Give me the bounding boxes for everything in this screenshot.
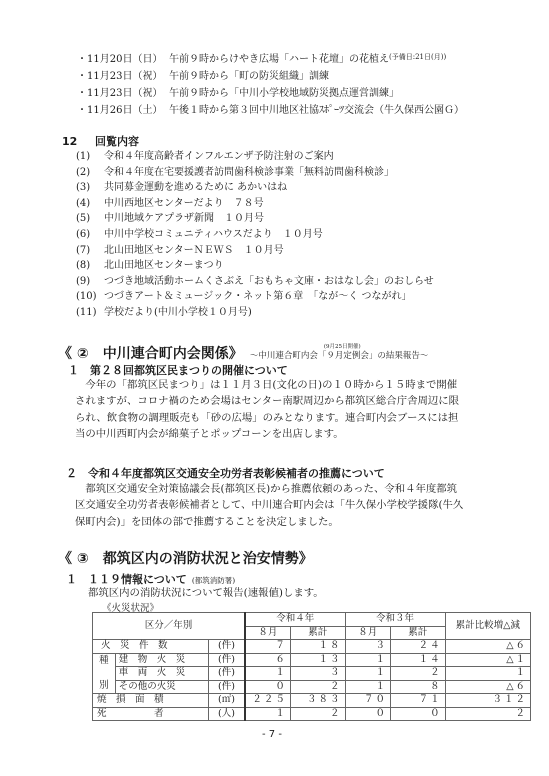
- table-row: 焼 損 面 積 (㎡) ２２５ ３８３ ７０ ７１ ３１２: [93, 694, 531, 708]
- schedule-text: 午前９時からけやき広場「ハート花壇」の花植え: [169, 50, 389, 67]
- schedule-note: (予備日:21日(月)): [389, 50, 446, 67]
- header-r4-month: ８月: [245, 626, 291, 640]
- list-item: (1)令和４年度高齢者インフルエンザ予防注射のご案内: [76, 149, 434, 165]
- list-item-num: (1): [76, 149, 104, 165]
- header-r3-month: ８月: [345, 626, 391, 640]
- section2-item1-body: 今年の「都筑区民まつり」は１１月３日(文化の日)の１０時から１５時まで開催 され…: [75, 377, 535, 443]
- cell-r3-aug: １: [345, 667, 391, 681]
- section2-title: 《 ② 中川連合町内会関係》: [58, 346, 243, 362]
- cell-r3-aug: ０: [345, 707, 391, 721]
- list-item-num: (7): [76, 243, 104, 259]
- cell-diff: △６: [445, 680, 530, 694]
- header-diff: 累計比較増△減: [445, 613, 530, 640]
- cell-diff: △６: [445, 640, 530, 654]
- section3-title: 《 ③ 都筑区内の消防状況と治安情勢》: [58, 548, 313, 568]
- cell-r3-aug: ７０: [345, 694, 391, 708]
- row-label: 焼 損 面 積: [93, 694, 209, 708]
- schedule-item: ・11月23日（祝） 午前９時から「中川小学校地域防災拠点運営訓練」: [77, 84, 464, 101]
- table-row: 死 者 (人) １ ２ ０ ０ ２: [93, 707, 531, 721]
- section3-item1-text: 都筑区内の消防状況について報告(速報値)します。: [88, 584, 324, 599]
- list-item-text: 中川地域ケアプラザ新聞 １０月号: [104, 211, 264, 227]
- cell-r3-aug: １: [345, 680, 391, 694]
- list-item-num: (11): [76, 305, 104, 321]
- header-year-r3: 令和３年: [345, 613, 445, 627]
- list-item-num: (10): [76, 289, 104, 305]
- subtitle-post: の結果報告～: [377, 351, 428, 361]
- cell-r3-cum: １４: [391, 653, 446, 667]
- list-item-text: 中川中学校コミュニティハウスだより １０月号: [104, 227, 323, 243]
- table-row: 車 両 火 災 (件) １ ３ １ ２ １: [93, 667, 531, 681]
- list-item-text: つづき地域活動ホームくさぶえ「おもちゃ文庫・おはなし会」のおしらせ: [104, 274, 434, 290]
- page-number: - 7 -: [262, 729, 282, 740]
- paragraph-line: 今年の「都筑区民まつり」は１１月３日(文化の日)の１０時から１５時まで開催: [75, 377, 535, 393]
- schedule-date: ・11月23日（祝）: [77, 84, 169, 101]
- cell-r4-aug: ６: [245, 653, 291, 667]
- paragraph-line: されますが、コロナ禍のため会場はセンター南駅周辺から都筑区総合庁舎周辺に限: [75, 393, 535, 409]
- cell-r4-cum: ３: [290, 667, 345, 681]
- cell-diff: △１: [445, 653, 530, 667]
- table-row: 火 災 件 数 (件) ７ １８ ３ ２４ △６: [93, 640, 531, 654]
- subtitle-ruby: (9月25日開催): [324, 342, 361, 350]
- cell-r4-aug: ７: [245, 640, 291, 654]
- row-label: 火 災 件 数: [93, 640, 209, 654]
- schedule-item: ・11月26日（土） 午後１時から第３回中川地区社協ｽﾎﾟｰﾂ交流会（牛久保西公…: [77, 101, 464, 118]
- cell-r3-cum: ８: [391, 680, 446, 694]
- row-unit: (件): [209, 667, 245, 681]
- schedule-list: ・11月20日（日） 午前９時からけやき広場「ハート花壇」の花植え (予備日:2…: [77, 50, 464, 118]
- header-year-r4: 令和４年: [245, 613, 345, 627]
- header-r4-cumulative: 累計: [290, 626, 345, 640]
- list-item-text: 令和４年度在宅要援護者訪問歯科検診事業「無料訪問歯科検診」: [104, 165, 394, 181]
- list-item-num: (6): [76, 227, 104, 243]
- section2-item1-heading: １ 第２８回都筑区民まつりの開催について: [68, 362, 288, 378]
- list-item-text: つづきアート＆ミュージック・ネット第６章 「なが～く つながれ」: [104, 289, 411, 305]
- circulation-heading-text: 回覧内容: [95, 135, 139, 148]
- schedule-item: ・11月23日（祝） 午前９時から「町の防災組織」訓練: [77, 67, 464, 84]
- list-item-num: (8): [76, 258, 104, 274]
- schedule-text: 午前９時から「町の防災組織」訓練: [169, 67, 329, 84]
- row-label: その他の火災: [115, 680, 208, 694]
- table-row: その他の火災 (件) ０ ２ １ ８ △６: [93, 680, 531, 694]
- side-label-bottom: 別: [96, 680, 112, 693]
- list-item-num: (4): [76, 196, 104, 212]
- list-item-num: (3): [76, 180, 104, 196]
- list-item: (11)学校だより(中川小学校１０月号): [76, 305, 434, 321]
- list-item: (10)つづきアート＆ミュージック・ネット第６章 「なが～く つながれ」: [76, 289, 434, 305]
- circulation-list: (1)令和４年度高齢者インフルエンザ予防注射のご案内 (2)令和４年度在宅要援護…: [76, 149, 434, 321]
- header-category: 区分／年別: [93, 613, 245, 640]
- cell-diff: １: [445, 667, 530, 681]
- list-item-text: 中川西地区センターだより ７８号: [104, 196, 264, 212]
- section2-item2-heading: ２ 令和４年度都筑区交通安全功労者表彰候補者の推薦について: [66, 465, 385, 481]
- cell-diff: ３１２: [445, 694, 530, 708]
- list-item: (2)令和４年度在宅要援護者訪問歯科検診事業「無料訪問歯科検診」: [76, 165, 434, 181]
- row-unit: (人): [209, 707, 245, 721]
- table-header-row: 区分／年別 令和４年 令和３年 累計比較増△減: [93, 613, 531, 627]
- paragraph-line: 保町内会)」を団体の部で推薦することを決定しました。: [75, 514, 535, 530]
- table-row: 種 別 建 物 火 災 (件) ６ １３ １ １４ △１: [93, 653, 531, 667]
- row-label: 車 両 火 災: [115, 667, 208, 681]
- cell-r4-cum: ２: [290, 680, 345, 694]
- schedule-date: ・11月23日（祝）: [77, 67, 169, 84]
- cell-r4-cum: ３８３: [290, 694, 345, 708]
- list-item-num: (2): [76, 165, 104, 181]
- subtitle-pre: ～中川連合町内会: [250, 351, 318, 361]
- list-item-text: 共同募金運動を進めるために あかいはね: [104, 180, 287, 196]
- schedule-date: ・11月26日（土）: [77, 101, 169, 118]
- paragraph-line: 都筑区交通安全対策協議会長(都筑区長)から推薦依頼のあった、令和４年度都筑: [75, 481, 535, 497]
- cell-diff: ２: [445, 707, 530, 721]
- row-unit: (件): [209, 680, 245, 694]
- row-label: 死 者: [93, 707, 209, 721]
- list-item-text: 令和４年度高齢者インフルエンザ予防注射のご案内: [104, 149, 334, 165]
- paragraph-line: 当の中川西町内会が綿菓子とポップコーンを出店します。: [75, 426, 535, 442]
- row-unit: (件): [209, 640, 245, 654]
- subtitle-main: 「９月定例会」: [318, 351, 378, 361]
- circulation-heading-num: 12: [62, 135, 77, 148]
- row-unit: (件): [209, 653, 245, 667]
- fire-status-table: 区分／年別 令和４年 令和３年 累計比較増△減 ８月 累計 ８月 累計 火 災 …: [92, 612, 531, 721]
- cell-r4-cum: １３: [290, 653, 345, 667]
- cell-r3-cum: ７１: [391, 694, 446, 708]
- cell-r4-aug: ２２５: [245, 694, 291, 708]
- cell-r4-aug: ０: [245, 680, 291, 694]
- list-item: (5)中川地域ケアプラザ新聞 １０月号: [76, 211, 434, 227]
- section2-header: 《 ② 中川連合町内会関係》 ～中川連合町内会(9月25日開催)「９月定例会」の…: [58, 343, 428, 363]
- row-label: 建 物 火 災: [115, 653, 208, 667]
- side-label: 種 別: [93, 653, 116, 694]
- cell-r4-aug: １: [245, 667, 291, 681]
- side-label-top: 種: [96, 655, 112, 668]
- list-item-text: 学校だより(中川小学校１０月号): [104, 305, 252, 321]
- header-r3-cumulative: 累計: [391, 626, 446, 640]
- schedule-date: ・11月20日（日）: [77, 50, 169, 67]
- cell-r4-aug: １: [245, 707, 291, 721]
- list-item: (3)共同募金運動を進めるために あかいはね: [76, 180, 434, 196]
- list-item-text: 北山田地区センターＮＥＷＳ １０月号: [104, 243, 284, 259]
- cell-r3-cum: ２４: [391, 640, 446, 654]
- cell-r3-cum: ０: [391, 707, 446, 721]
- paragraph-line: 区交通安全功労者表彰候補者として、中川連合町内会は「牛久保小学校学援隊(牛久: [75, 497, 535, 513]
- row-unit: (㎡): [209, 694, 245, 708]
- list-item: (9)つづき地域活動ホームくさぶえ「おもちゃ文庫・おはなし会」のおしらせ: [76, 274, 434, 290]
- paragraph-line: られ、飲食物の調理販売も「砂の広場」のみとなります。連合町内会ブースには担: [75, 410, 535, 426]
- section2-subtitle: ～中川連合町内会(9月25日開催)「９月定例会」の結果報告～: [250, 351, 429, 361]
- list-item: (8)北山田地区センターまつり: [76, 258, 434, 274]
- cell-r3-aug: １: [345, 653, 391, 667]
- circulation-heading: 12 回覧内容: [62, 133, 139, 149]
- list-item: (7)北山田地区センターＮＥＷＳ １０月号: [76, 243, 434, 259]
- section2-item2-body: 都筑区交通安全対策協議会長(都筑区長)から推薦依頼のあった、令和４年度都筑 区交…: [75, 481, 535, 530]
- schedule-text: 午後１時から第３回中川地区社協ｽﾎﾟｰﾂ交流会（牛久保西公園Ｇ）: [169, 101, 464, 118]
- list-item-text: 北山田地区センターまつり: [104, 258, 224, 274]
- cell-r3-cum: ２: [391, 667, 446, 681]
- cell-r4-cum: １８: [290, 640, 345, 654]
- cell-r3-aug: ３: [345, 640, 391, 654]
- list-item-num: (9): [76, 274, 104, 290]
- list-item: (6)中川中学校コミュニティハウスだより １０月号: [76, 227, 434, 243]
- schedule-item: ・11月20日（日） 午前９時からけやき広場「ハート花壇」の花植え (予備日:2…: [77, 50, 464, 67]
- list-item: (4)中川西地区センターだより ７８号: [76, 196, 434, 212]
- schedule-text: 午前９時から「中川小学校地域防災拠点運営訓練」: [169, 84, 399, 101]
- list-item-num: (5): [76, 211, 104, 227]
- cell-r4-cum: ２: [290, 707, 345, 721]
